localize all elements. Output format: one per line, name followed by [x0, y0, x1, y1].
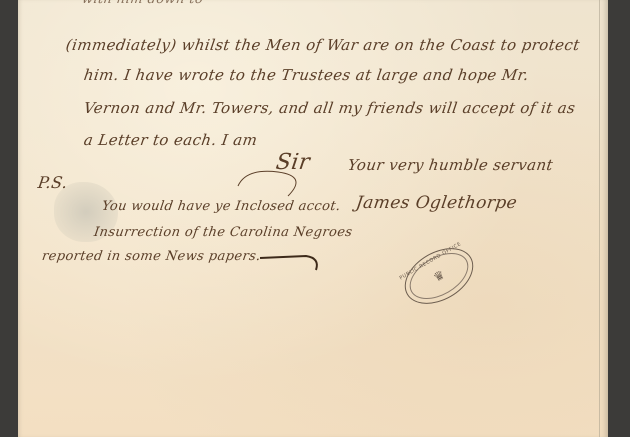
letter-line-3: Vernon and Mr. Towers, and all my friend… [83, 99, 577, 117]
pen-flourish-ps [228, 166, 318, 200]
letter-line-1: (immediately) whilst the Men of War are … [65, 36, 581, 54]
record-office-stamp: PUBLIC RECORD OFFICE ♛ [395, 237, 483, 316]
pen-flourish [258, 246, 328, 276]
postscript-line-3: reported in some News papers. [41, 249, 262, 264]
postscript-line-2: Insurrection of the Carolina Negroes [93, 225, 353, 240]
signature: James Oglethorpe [355, 193, 519, 213]
letter-line-2: him. I have wrote to the Trustees at lar… [83, 66, 530, 84]
postscript-line-1: You would have ye Inclosed accot. [101, 199, 342, 214]
letter-line-4: a Letter to each. I am [83, 131, 259, 149]
closing: Your very humble servant [347, 156, 555, 174]
postscript-label: P.S. [37, 173, 69, 192]
letter-line-0: with him down to [81, 0, 204, 7]
letter-page: with him down to (immediately) whilst th… [18, 0, 608, 437]
